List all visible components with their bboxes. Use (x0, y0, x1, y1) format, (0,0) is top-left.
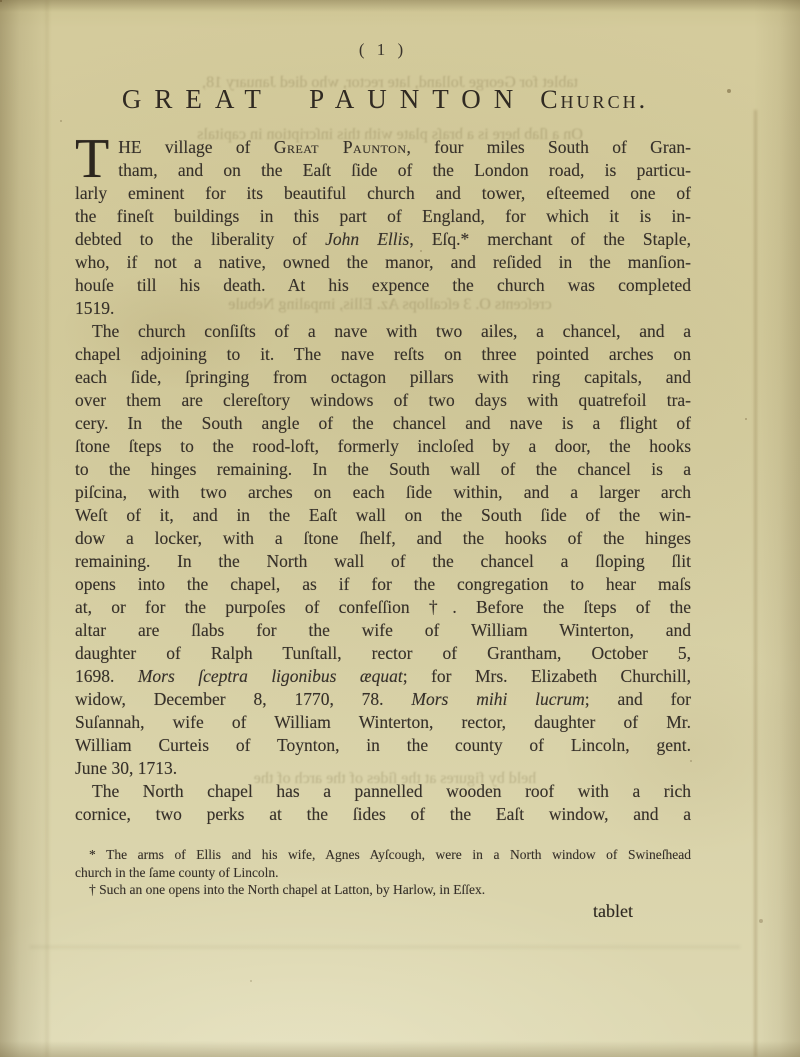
text-segment: altar are ſlabs for the wife of William … (75, 620, 691, 640)
paragraph: The church conſiſts of a nave with two a… (75, 320, 691, 780)
drop-cap: T (75, 136, 118, 180)
text-segment: 1698. (75, 666, 138, 686)
paragraph: THE village of Great Paunton, four miles… (75, 136, 691, 320)
text-segment: , four miles South of Gran- (407, 137, 691, 157)
page-title: GREAT PAUNTON Church. (20, 84, 750, 115)
text-line: remaining. In the North wall of the chan… (75, 550, 691, 573)
text-line: larly eminent for its beautiful church a… (75, 182, 691, 205)
paragraph: The North chapel has a pannelled wooden … (75, 780, 691, 826)
page-number: ( 1 ) (75, 40, 691, 60)
text-segment: at, or for the purpoſes of confeſſion †.… (75, 597, 691, 617)
text-line: 1698. Mors ſceptra ligonibus æquat; for … (75, 665, 691, 688)
text-segment: † Such an one opens into the North chape… (89, 882, 485, 897)
footnote-line: church in the ſame county of Lincoln. (75, 864, 691, 882)
text-segment: dow a locker, with a ſtone ſhelf, and th… (75, 528, 691, 548)
text-line: ſtone ſteps to the rood-loft, formerly i… (75, 435, 691, 458)
text-segment: debted to the liberality of (75, 229, 325, 249)
text-line: chapel adjoining to it. The nave reſts o… (75, 343, 691, 366)
text-line: 1519. (75, 297, 691, 320)
text-line: debted to the liberality of John Ellis, … (75, 228, 691, 251)
page-right-edge-shadow (754, 0, 800, 1057)
text-line: The North chapel has a pannelled wooden … (75, 780, 691, 803)
page-title-main: GREAT PAUNTON (122, 84, 526, 114)
text-segment: to the hinges remaining. In the South wa… (75, 459, 691, 479)
text-line: Suſannah, wife of William Winterton, rec… (75, 711, 691, 734)
text-segment: cery. In the South angle of the chancel … (75, 413, 691, 433)
page-bottom-edge-shadow (0, 1041, 800, 1057)
page-crease-bottom (30, 946, 740, 948)
text-segment: ſtone ſteps to the rood-loft, formerly i… (75, 436, 691, 456)
text-line: tham, and on the Eaſt ſide of the London… (75, 159, 691, 182)
text-segment: widow, December 8, 1770, 78. (75, 689, 411, 709)
text-line: June 30, 1713. (75, 757, 691, 780)
text-segment: houſe till his death. At his expence the… (75, 275, 691, 295)
text-line: The church conſiſts of a nave with two a… (75, 320, 691, 343)
text-segment: June 30, 1713. (75, 758, 177, 778)
text-segment: HE village of (118, 137, 274, 157)
text-line: Weſt of it, and in the Eaſt wall on the … (75, 504, 691, 527)
text-segment: Weſt of it, and in the Eaſt wall on the … (75, 505, 691, 525)
italic-text: John Ellis (325, 229, 409, 249)
page-title-suffix: Church. (540, 85, 648, 114)
text-segment: who, if not a native, owned the manor, a… (75, 252, 691, 272)
text-line: the fineſt buildings in this part of Eng… (75, 205, 691, 228)
text-segment: chapel adjoining to it. The nave reſts o… (75, 344, 691, 364)
text-segment: piſcina, with two arches on each ſide wi… (75, 482, 691, 502)
page-top-edge-shadow (0, 0, 800, 12)
text-line: each ſide, ſpringing from octagon pillar… (75, 366, 691, 389)
text-segment: church in the ſame county of Lincoln. (75, 865, 279, 880)
text-line: houſe till his death. At his expence the… (75, 274, 691, 297)
text-segment: ; for Mrs. Elizabeth Churchill, (403, 666, 691, 686)
foxing-specks (0, 0, 2, 2)
text-segment: opens into the chapel, as if for the con… (75, 574, 691, 594)
page-left-edge-shadow (0, 0, 52, 1057)
text-line: cornice, two perks at the ſides of the E… (75, 803, 691, 826)
text-line: dow a locker, with a ſtone ſhelf, and th… (75, 527, 691, 550)
text-line: widow, December 8, 1770, 78. Mors mihi l… (75, 688, 691, 711)
footnote-line: † Such an one opens into the North chape… (75, 881, 691, 899)
footnotes: * The arms of Ellis and his wife, Agnes … (75, 846, 691, 899)
page-crease-right (754, 110, 757, 1057)
text-line: altar are ſlabs for the wife of William … (75, 619, 691, 642)
text-segment: William Curteis of Toynton, in the count… (75, 735, 691, 755)
text-segment: The North chapel has a pannelled wooden … (92, 781, 691, 801)
text-line: who, if not a native, owned the manor, a… (75, 251, 691, 274)
text-segment: * The arms of Ellis and his wife, Agnes … (89, 847, 691, 862)
footnote-line: * The arms of Ellis and his wife, Agnes … (75, 846, 691, 864)
text-segment: each ſide, ſpringing from octagon pillar… (75, 367, 691, 387)
footnote: † Such an one opens into the North chape… (75, 881, 691, 899)
text-line: HE village of Great Paunton, four miles … (75, 136, 691, 159)
text-segment: The church conſiſts of a nave with two a… (92, 321, 691, 341)
text-line: to the hinges remaining. In the South wa… (75, 458, 691, 481)
text-segment: over them are clereſtory windows of two … (75, 390, 691, 410)
text-segment: 1519. (75, 298, 114, 318)
page-crease-left (46, 0, 48, 1057)
text-line: daughter of Ralph Tunſtall, rector of Gr… (75, 642, 691, 665)
text-segment: cornice, two perks at the ſides of the E… (75, 804, 691, 824)
text-line: piſcina, with two arches on each ſide wi… (75, 481, 691, 504)
text-line: at, or for the purpoſes of confeſſion †.… (75, 596, 691, 619)
smallcaps-text: Great Paunton (274, 137, 407, 157)
text-segment: larly eminent for its beautiful church a… (75, 183, 691, 203)
text-segment: Suſannah, wife of William Winterton, rec… (75, 712, 691, 732)
text-segment: daughter of Ralph Tunſtall, rector of Gr… (75, 643, 691, 663)
text-segment: the fineſt buildings in this part of Eng… (75, 206, 691, 226)
text-line: cery. In the South angle of the chancel … (75, 412, 691, 435)
catchword: tablet (75, 901, 691, 922)
text-segment: remaining. In the North wall of the chan… (75, 551, 691, 571)
text-line: William Curteis of Toynton, in the count… (75, 734, 691, 757)
book-page: { "colors": { "paper": "#d6cea1", "ink":… (0, 0, 800, 1057)
text-line: over them are clereſtory windows of two … (75, 389, 691, 412)
italic-text: Mors mihi lucrum (411, 689, 584, 709)
body-text: THE village of Great Paunton, four miles… (75, 136, 691, 826)
text-line: opens into the chapel, as if for the con… (75, 573, 691, 596)
italic-text: Mors ſceptra ligonibus æquat (138, 666, 403, 686)
footnote: * The arms of Ellis and his wife, Agnes … (75, 846, 691, 881)
text-segment: ; and for (585, 689, 691, 709)
text-segment: tham, and on the Eaſt ſide of the London… (118, 160, 691, 180)
text-segment: , Eſq.* merchant of the Staple, (409, 229, 691, 249)
